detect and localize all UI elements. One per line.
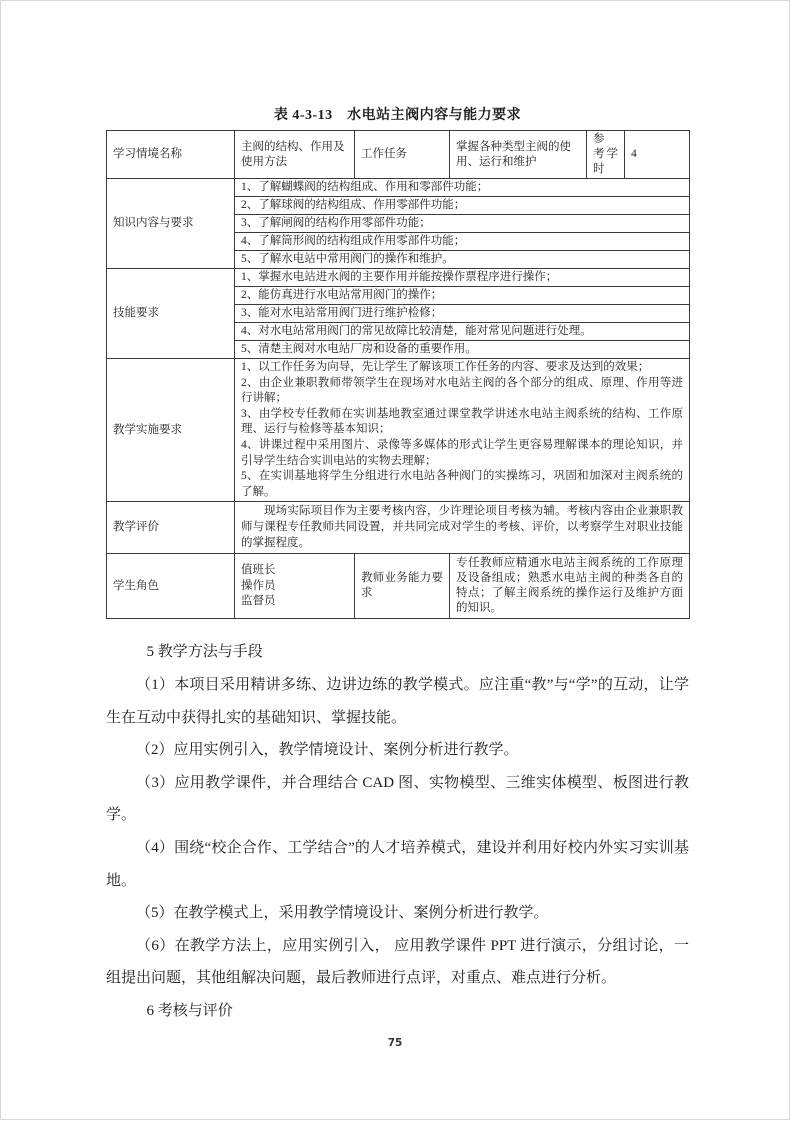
knowledge-item: 3、了解闸阀的结构作用零部件功能；: [235, 215, 690, 233]
page-number: 75: [1, 1037, 789, 1049]
paragraph: （3）应用教学课件，并合理结合 CAD 图、实物模型、三维实体模型、板图进行教学…: [106, 767, 689, 832]
student-role-item: 值班长: [241, 563, 348, 579]
skills-row: 技能要求 1、掌握水电站进水阀的主要作用并能按操作票程序进行操作；: [107, 269, 690, 287]
document-page: 表 4-3-13 水电站主阀内容与能力要求 学习情境名称 主阀的结构、作用及使用…: [0, 0, 790, 1120]
section-heading-assessment: 6 考核与评价: [106, 995, 689, 1028]
paragraph: （4）围绕“校企合作、工学结合”的人才培养模式，建设并利用好校内外实习实训基地。: [106, 832, 689, 897]
paragraph: （6）在教学方法上，应用实例引入， 应用教学课件 PPT 进行演示，分组讨论，一…: [106, 930, 689, 995]
cell-implementation-text: 1、以工作任务为向导，先让学生了解该项工作任务的内容、要求及达到的效果； 2、由…: [235, 359, 690, 502]
cell-evaluation-label: 教学评价: [107, 502, 235, 554]
implementation-item: 5、在实训基地将学生分组进行水电站各种阀门的实操练习，巩固和加深对主阀系统的了解…: [241, 469, 683, 500]
cell-situation-label: 学习情境名称: [107, 131, 235, 179]
cell-hours-value: 4: [625, 131, 690, 179]
evaluation-text: 现场实际项目作为主要考核内容，少许理论项目考核为辅。考核内容由企业兼职教师与课程…: [241, 504, 683, 551]
paragraph: （1）本项目采用精讲多练、边讲边练的教学模式。应注重“教”与“学”的互动，让学生…: [106, 669, 689, 734]
page-content: 表 4-3-13 水电站主阀内容与能力要求 学习情境名称 主阀的结构、作用及使用…: [106, 104, 689, 1027]
cell-student-role-label: 学生角色: [107, 554, 235, 619]
table-caption: 表 4-3-13 水电站主阀内容与能力要求: [106, 104, 689, 124]
implementation-row: 教学实施要求 1、以工作任务为向导，先让学生了解该项工作任务的内容、要求及达到的…: [107, 359, 690, 502]
cell-hours-label: 参 考学时: [587, 131, 625, 179]
cell-implementation-label: 教学实施要求: [107, 359, 235, 502]
knowledge-row: 知识内容与要求 1、了解蝴蝶阀的结构组成、作用和零部件功能；: [107, 179, 690, 197]
implementation-item: 1、以工作任务为向导，先让学生了解该项工作任务的内容、要求及达到的效果；: [241, 360, 683, 376]
implementation-item: 3、由学校专任教师在实训基地教室通过课堂教学讲述水电站主阀系统的结构、工作原理、…: [241, 407, 683, 438]
cell-teacher-ability-text: 专任教师应精通水电站主阀系统的工作原理及设备组成；熟悉水电站主阀的种类各自的特点…: [450, 554, 690, 619]
skills-item: 2、能仿真进行水电站常用阀门的操作；: [235, 287, 690, 305]
cell-knowledge-label: 知识内容与要求: [107, 179, 235, 269]
paragraph: （2）应用实例引入，教学情境设计、案例分析进行教学。: [106, 734, 689, 767]
cell-task-label: 工作任务: [355, 131, 450, 179]
knowledge-item: 2、了解球阀的结构组成、作用零部件功能；: [235, 197, 690, 215]
student-role-row: 学生角色 值班长 操作员 监督员 教师业务能力要求 专任教师应精通水电站主阀系统…: [107, 554, 690, 619]
student-role-item: 操作员: [241, 579, 348, 595]
cell-teacher-ability-label: 教师业务能力要求: [355, 554, 450, 619]
paragraph: （5）在教学模式上，采用教学情境设计、案例分析进行教学。: [106, 897, 689, 930]
knowledge-item: 5、了解水电站中常用阀门的操作和维护。: [235, 251, 690, 269]
skills-item: 1、掌握水电站进水阀的主要作用并能按操作票程序进行操作；: [235, 269, 690, 287]
implementation-item: 2、由企业兼职教师带领学生在现场对水电站主阀的各个部分的组成、原理、作用等进行讲…: [241, 376, 683, 407]
knowledge-item: 1、了解蝴蝶阀的结构组成、作用和零部件功能；: [235, 179, 690, 197]
cell-situation-value: 主阀的结构、作用及使用方法: [235, 131, 355, 179]
table-header-row: 学习情境名称 主阀的结构、作用及使用方法 工作任务 掌握各种类型主阀的使用、运行…: [107, 131, 690, 179]
knowledge-item: 4、了解筒形阀的结构组成作用零部件功能；: [235, 233, 690, 251]
evaluation-row: 教学评价 现场实际项目作为主要考核内容，少许理论项目考核为辅。考核内容由企业兼职…: [107, 502, 690, 554]
cell-skills-label: 技能要求: [107, 269, 235, 359]
cell-student-roles: 值班长 操作员 监督员: [235, 554, 355, 619]
course-requirements-table: 学习情境名称 主阀的结构、作用及使用方法 工作任务 掌握各种类型主阀的使用、运行…: [106, 130, 690, 619]
skills-item: 5、清楚主阀对水电站厂房和设备的重要作用。: [235, 341, 690, 359]
skills-item: 3、能对水电站常用阀门进行维护检修；: [235, 305, 690, 323]
body-text: 5 教学方法与手段 （1）本项目采用精讲多练、边讲边练的教学模式。应注重“教”与…: [106, 636, 689, 1027]
skills-item: 4、对水电站常用阀门的常见故障比较清楚，能对常见问题进行处理。: [235, 323, 690, 341]
cell-evaluation-text: 现场实际项目作为主要考核内容，少许理论项目考核为辅。考核内容由企业兼职教师与课程…: [235, 502, 690, 554]
student-role-item: 监督员: [241, 594, 348, 610]
section-heading-methods: 5 教学方法与手段: [106, 636, 689, 669]
implementation-item: 4、讲课过程中采用图片、录像等多媒体的形式让学生更容易理解课本的理论知识，并引导…: [241, 438, 683, 469]
cell-task-value: 掌握各种类型主阀的使用、运行和维护: [450, 131, 587, 179]
